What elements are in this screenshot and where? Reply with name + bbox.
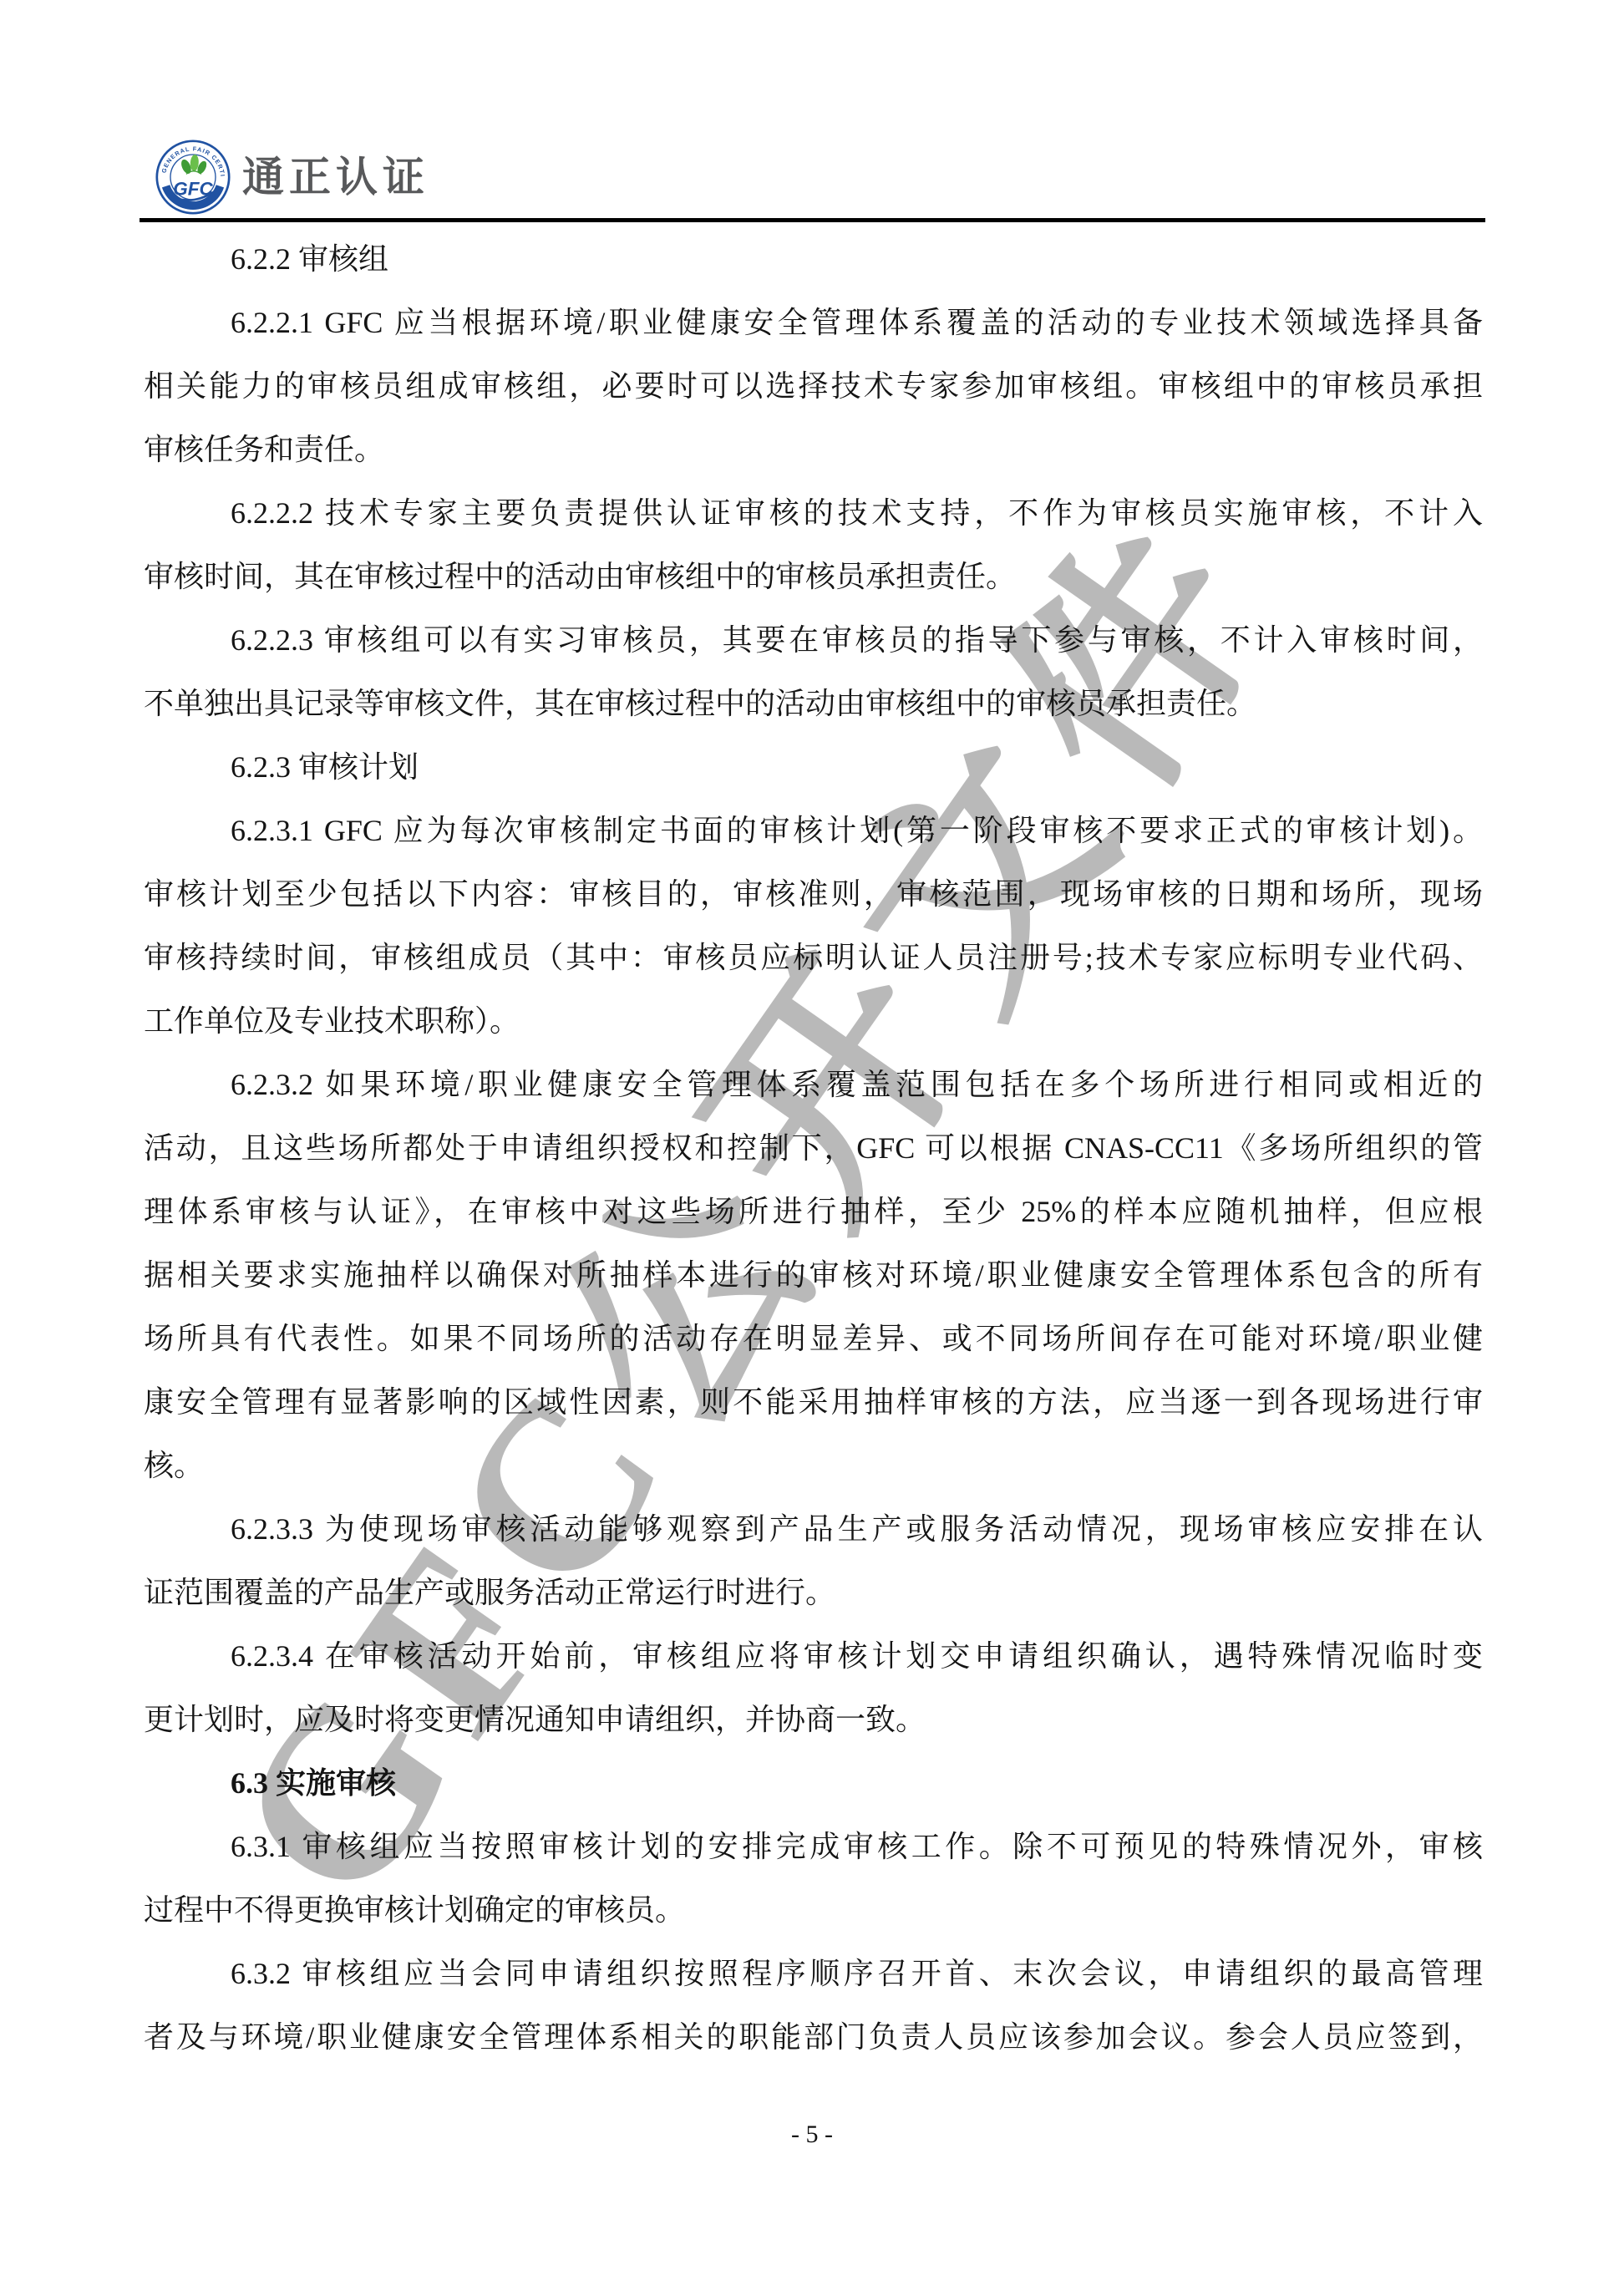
text-line: 场所具有代表性。如果不同场所的活动存在明显差异、或不同场所间存在可能对环境/职业… <box>144 1307 1483 1370</box>
text-line: 者及与环境/职业健康安全管理体系相关的职能部门负责人员应该参加会议。参会人员应签… <box>144 2005 1483 2069</box>
text-line: 活动，且这些场所都处于申请组织授权和控制下，GFC 可以根据 CNAS-CC11… <box>144 1116 1483 1180</box>
text-line: 6.3 实施审核 <box>144 1751 1483 1815</box>
text-line: 更计划时，应及时将变更情况通知申请组织，并协商一致。 <box>144 1688 1483 1751</box>
page-number: - 5 - <box>791 2121 833 2148</box>
gfc-emblem-icon: GENERAL FAIR CERTIFICATION GFC <box>155 140 231 215</box>
text-line: 6.2.2.2 技术专家主要负责提供认证审核的技术支持，不作为审核员实施审核，不… <box>144 481 1483 545</box>
text-line: 过程中不得更换审核计划确定的审核员。 <box>144 1878 1483 1942</box>
text-line: 审核计划至少包括以下内容：审核目的，审核准则，审核范围，现场审核的日期和场所，现… <box>144 862 1483 926</box>
text-line: 审核时间，其在审核过程中的活动由审核组中的审核员承担责任。 <box>144 545 1483 608</box>
text-line: 审核持续时间，审核组成员（其中：审核员应标明认证人员注册号;技术专家应标明专业代… <box>144 926 1483 989</box>
text-line: 6.2.2.3 审核组可以有实习审核员，其要在审核员的指导下参与审核，不计入审核… <box>144 608 1483 672</box>
text-line: 相关能力的审核员组成审核组，必要时可以选择技术专家参加审核组。审核组中的审核员承… <box>144 354 1483 418</box>
page-footer: - 5 - <box>0 2121 1624 2149</box>
text-line: 6.3.2 审核组应当会同申请组织按照程序顺序召开首、末次会议，申请组织的最高管… <box>144 1942 1483 2005</box>
text-line: 6.2.3.1 GFC 应为每次审核制定书面的审核计划(第一阶段审核不要求正式的… <box>144 799 1483 862</box>
text-line: 6.2.3.4 在审核活动开始前，审核组应将审核计划交申请组织确认，遇特殊情况临… <box>144 1624 1483 1688</box>
brand-name: 通正认证 <box>242 140 429 215</box>
document-page: GENERAL FAIR CERTIFICATION GFC 通正认证 GFC公… <box>0 0 1624 2296</box>
text-line: 6.3.1 审核组应当按照审核计划的安排完成审核工作。除不可预见的特殊情况外，审… <box>144 1815 1483 1878</box>
text-line: 审核任务和责任。 <box>144 418 1483 481</box>
page-header: GENERAL FAIR CERTIFICATION GFC 通正认证 <box>155 139 429 216</box>
text-line: 康安全管理有显著影响的区域性因素，则不能采用抽样审核的方法，应当逐一到各现场进行… <box>144 1370 1483 1434</box>
header-divider <box>140 218 1485 222</box>
text-line: 核。 <box>144 1434 1483 1497</box>
document-body: 6.2.2 审核组6.2.2.1 GFC 应当根据环境/职业健康安全管理体系覆盖… <box>144 227 1483 2069</box>
text-line: 理体系审核与认证》，在审核中对这些场所进行抽样，至少 25%的样本应随机抽样，但… <box>144 1180 1483 1243</box>
text-line: 工作单位及专业技术职称）。 <box>144 989 1483 1053</box>
text-line: 6.2.3.3 为使现场审核活动能够观察到产品生产或服务活动情况，现场审核应安排… <box>144 1497 1483 1561</box>
text-line: 据相关要求实施抽样以确保对所抽样本进行的审核对环境/职业健康安全管理体系包含的所… <box>144 1243 1483 1307</box>
text-line: 证范围覆盖的产品生产或服务活动正常运行时进行。 <box>144 1561 1483 1624</box>
text-line: 6.2.3.2 如果环境/职业健康安全管理体系覆盖范围包括在多个场所进行相同或相… <box>144 1053 1483 1116</box>
text-line: 6.2.2.1 GFC 应当根据环境/职业健康安全管理体系覆盖的活动的专业技术领… <box>144 291 1483 354</box>
text-line: 不单独出具记录等审核文件，其在审核过程中的活动由审核组中的审核员承担责任。 <box>144 672 1483 735</box>
text-line: 6.2.2 审核组 <box>144 227 1483 291</box>
text-line: 6.2.3 审核计划 <box>144 735 1483 799</box>
